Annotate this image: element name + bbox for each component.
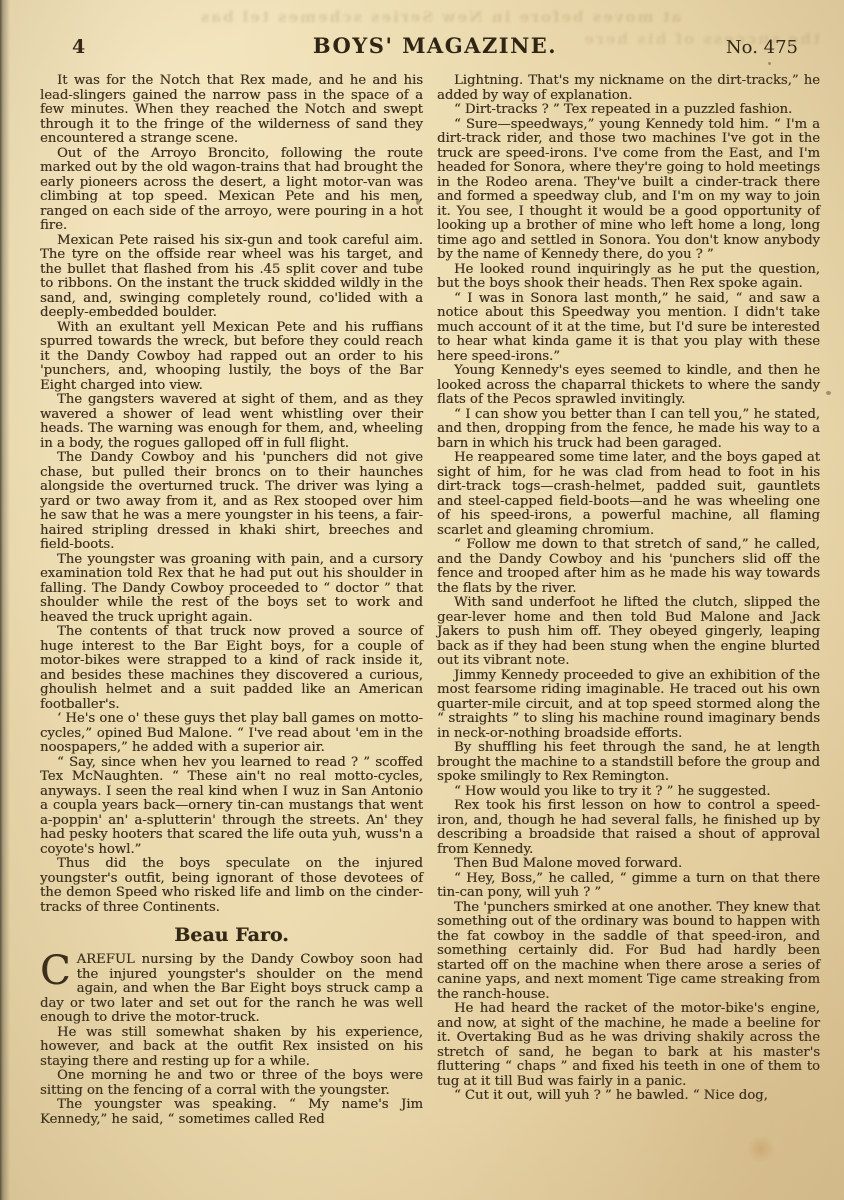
section-heading: Beau Faro.: [40, 924, 423, 946]
left-column: It was for the Notch that Rex made, and …: [40, 74, 423, 1127]
paragraph: With an exultant yell Mexican Pete and h…: [40, 321, 423, 394]
paragraph: The Dandy Cowboy and his 'punchers did n…: [40, 451, 423, 553]
paragraph: He reappeared some time later, and the b…: [437, 451, 820, 538]
page-number: 4: [72, 36, 182, 58]
paragraph: He looked round inquiringly as he put th…: [437, 263, 820, 292]
paragraph: He was still somewhat shaken by his expe…: [40, 1026, 423, 1070]
paragraph: “ I was in Sonora last month,” he said, …: [437, 292, 820, 365]
paragraph: One morning he and two or three of the b…: [40, 1069, 423, 1098]
page-header: 4 BOYS' MAGAZINE. No. 475: [0, 0, 844, 58]
paragraph: Then Bud Malone moved forward.: [437, 857, 820, 872]
paragraph: It was for the Notch that Rex made, and …: [40, 74, 423, 147]
paragraph: “ Sure—speedways,” young Kennedy told hi…: [437, 118, 820, 263]
paragraph: Mexican Pete raised his six-gun and took…: [40, 234, 423, 321]
paragraph: “ I can show you better than I can tell …: [437, 408, 820, 452]
paragraph: The contents of that truck now proved a …: [40, 625, 423, 712]
paragraph: The gangsters wavered at sight of them, …: [40, 393, 423, 451]
paragraph-text: AREFUL nursing by the Dandy Cowboy soon …: [40, 952, 423, 1025]
paragraph: “ Cut it out, will yuh ? ” he bawled. “ …: [437, 1089, 820, 1104]
paragraph: Thus did the boys speculate on the injur…: [40, 857, 423, 915]
issue-number: No. 475: [688, 37, 798, 58]
right-column: Lightning. That's my nickname on the dir…: [437, 74, 820, 1127]
drop-cap: C: [40, 953, 77, 989]
paragraph: “ Say, since when hev you learned to rea…: [40, 756, 423, 858]
paragraph: The 'punchers smirked at one another. Th…: [437, 901, 820, 1003]
paragraph: “ Hey, Boss,” he called, “ gimme a turn …: [437, 872, 820, 901]
story-body: It was for the Notch that Rex made, and …: [0, 58, 844, 1127]
paragraph: “ Dirt-tracks ? ” Tex repeated in a puzz…: [437, 103, 820, 118]
paragraph: The youngster was groaning with pain, an…: [40, 553, 423, 626]
paragraph: ‘ He's one o' these guys thet play ball …: [40, 712, 423, 756]
paragraph: Lightning. That's my nickname on the dir…: [437, 74, 820, 103]
paragraph: Rex took his first lesson on how to cont…: [437, 799, 820, 857]
paragraph: Jimmy Kennedy proceeded to give an exhib…: [437, 669, 820, 742]
paragraph: With sand underfoot he lifted the clutch…: [437, 596, 820, 669]
paragraph: He had heard the racket of the motor-bik…: [437, 1002, 820, 1089]
paragraph: Young Kennedy's eyes seemed to kindle, a…: [437, 364, 820, 408]
paragraph: By shuffling his feet through the sand, …: [437, 741, 820, 785]
magazine-title: BOYS' MAGAZINE.: [182, 33, 688, 58]
paragraph: “ Follow me down to that stretch of sand…: [437, 538, 820, 596]
paragraph: “ How would you like to try it ? ” he su…: [437, 785, 820, 800]
paragraph: CAREFUL nursing by the Dandy Cowboy soon…: [40, 953, 423, 1026]
paragraph: The youngster was speaking. “ My name's …: [40, 1098, 423, 1127]
paragraph: Out of the Arroyo Broncito, following th…: [40, 147, 423, 234]
paper-stain: [746, 1136, 776, 1162]
